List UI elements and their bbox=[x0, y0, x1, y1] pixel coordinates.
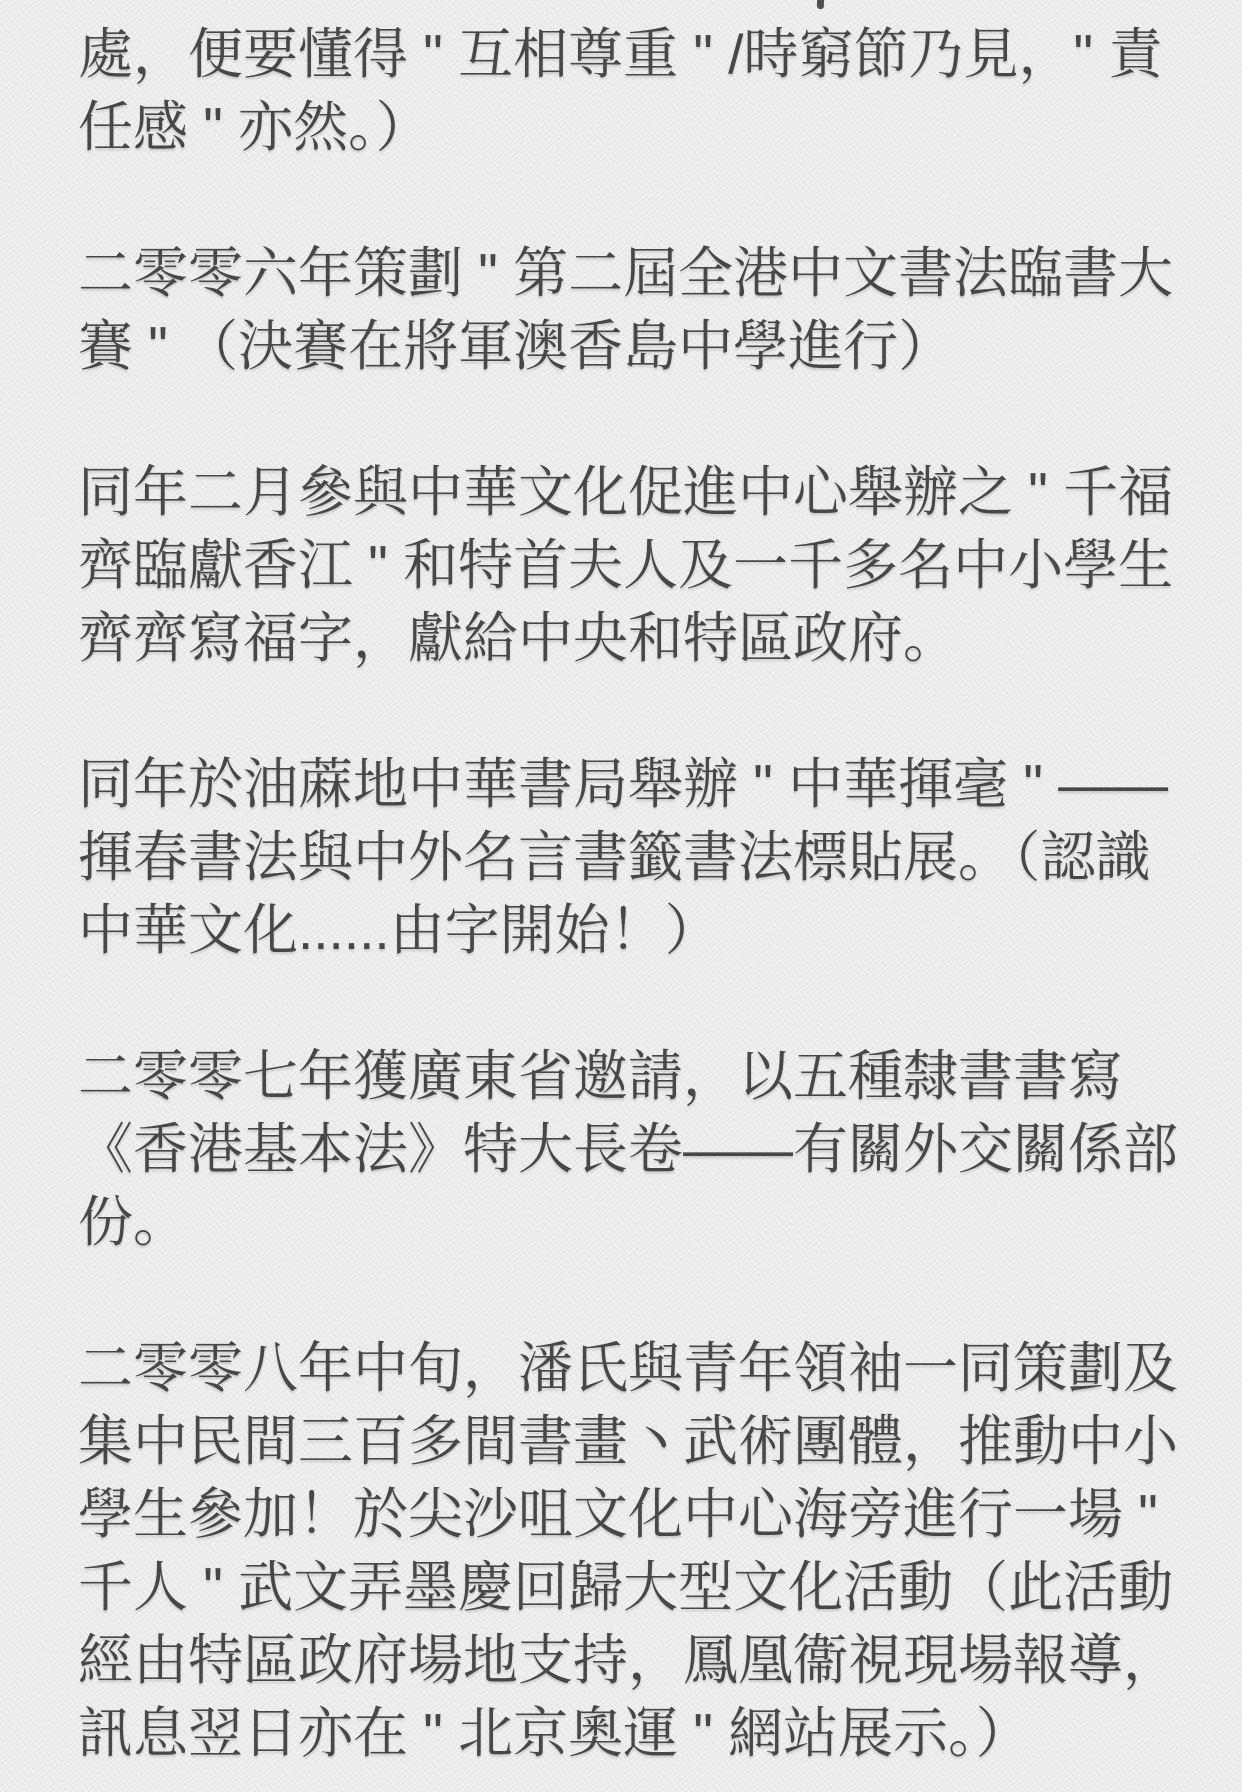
text-line: 揮春書法與中外名言書籤書法標貼展。（認識 bbox=[78, 821, 1202, 894]
text-line: 二零零八年中旬，潘氏與青年領袖一同策劃及 bbox=[78, 1332, 1202, 1405]
text-line: 學生參加！於尖沙咀文化中心海旁進行一場 " bbox=[78, 1478, 1202, 1551]
text-line: 份。 bbox=[78, 1186, 1202, 1259]
text-line: 《香港基本法》特大長卷——有關外交關係部 bbox=[78, 1113, 1202, 1186]
text-line: 齊臨獻香江 " 和特首夫人及一千多名中小學生 bbox=[78, 529, 1202, 602]
text-line: 訊息翌日亦在 " 北京奧運 " 網站展示。） bbox=[78, 1697, 1202, 1770]
text-line: 二零零六年策劃 " 第二屆全港中文書法臨書大 bbox=[78, 237, 1202, 310]
cut-off-character-fragment bbox=[817, 0, 824, 9]
paragraph: 二零零八年中旬，潘氏與青年領袖一同策劃及 集中民間三百多間書畫丶武術團體，推動中… bbox=[78, 1332, 1202, 1770]
text-line: 處，便要懂得 " 互相尊重 " /時窮節乃見，" 責 bbox=[78, 18, 1202, 91]
text-line: 齊齊寫福字，獻給中央和特區政府。 bbox=[78, 602, 1202, 675]
paragraph: 同年於油蔴地中華書局舉辦 " 中華揮毫 " —— 揮春書法與中外名言書籤書法標貼… bbox=[78, 748, 1202, 967]
text-line: 經由特區政府場地支持，鳳凰衞視現場報導， bbox=[78, 1624, 1202, 1697]
text-line: 同年於油蔴地中華書局舉辦 " 中華揮毫 " —— bbox=[78, 748, 1202, 821]
paragraph: 處，便要懂得 " 互相尊重 " /時窮節乃見，" 責 任感 " 亦然。） bbox=[78, 18, 1202, 164]
text-line: 集中民間三百多間書畫丶武術團體，推動中小 bbox=[78, 1405, 1202, 1478]
text-line: 中華文化......由字開始！） bbox=[78, 894, 1202, 967]
text-line: 任感 " 亦然。） bbox=[78, 91, 1202, 164]
text-line: 千人 " 武文弄墨慶回歸大型文化活動（此活動 bbox=[78, 1551, 1202, 1624]
text-line: 賽 " （決賽在將軍澳香島中學進行） bbox=[78, 310, 1202, 383]
document-page: 處，便要懂得 " 互相尊重 " /時窮節乃見，" 責 任感 " 亦然。） 二零零… bbox=[0, 0, 1242, 1792]
paragraph: 二零零七年獲廣東省邀請，以五種隸書書寫 《香港基本法》特大長卷——有關外交關係部… bbox=[78, 1040, 1202, 1259]
text-line: 同年二月參與中華文化促進中心舉辦之 " 千福 bbox=[78, 456, 1202, 529]
paragraph: 同年二月參與中華文化促進中心舉辦之 " 千福 齊臨獻香江 " 和特首夫人及一千多… bbox=[78, 456, 1202, 675]
paragraph: 二零零六年策劃 " 第二屆全港中文書法臨書大 賽 " （決賽在將軍澳香島中學進行… bbox=[78, 237, 1202, 383]
text-line: 二零零七年獲廣東省邀請，以五種隸書書寫 bbox=[78, 1040, 1202, 1113]
